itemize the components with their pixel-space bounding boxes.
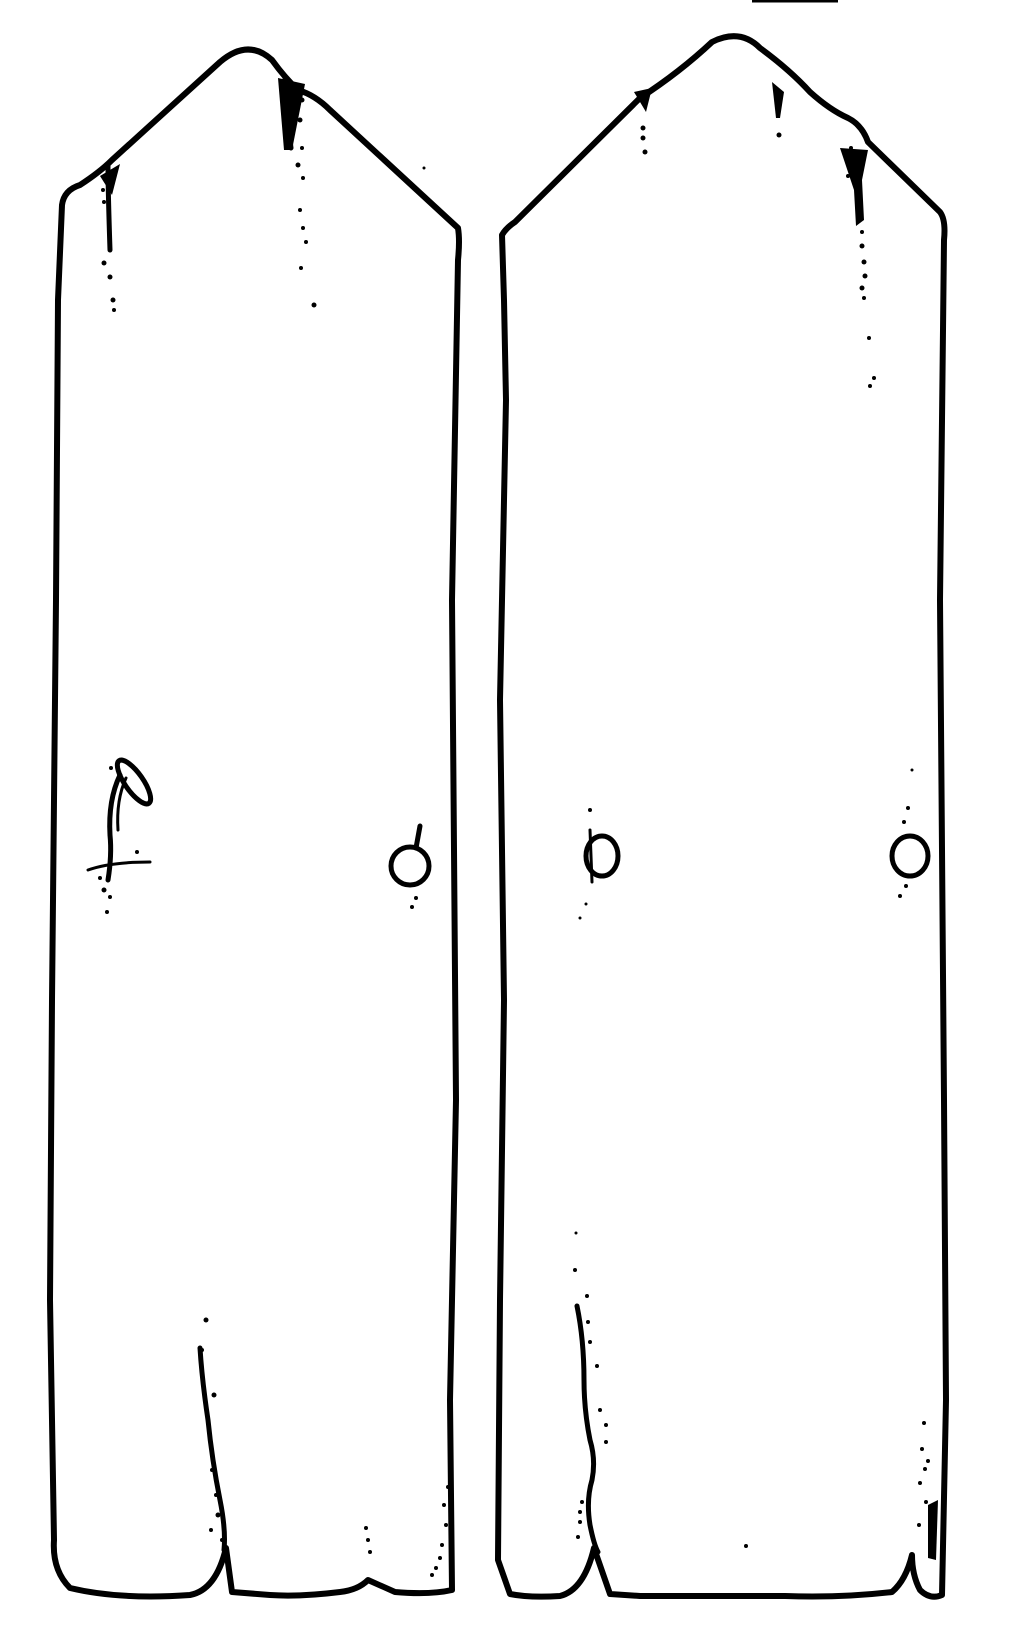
board-drawing [0,0,1016,1648]
left-board [50,49,459,1596]
right-board-outline [498,36,946,1596]
right-board [498,36,946,1596]
